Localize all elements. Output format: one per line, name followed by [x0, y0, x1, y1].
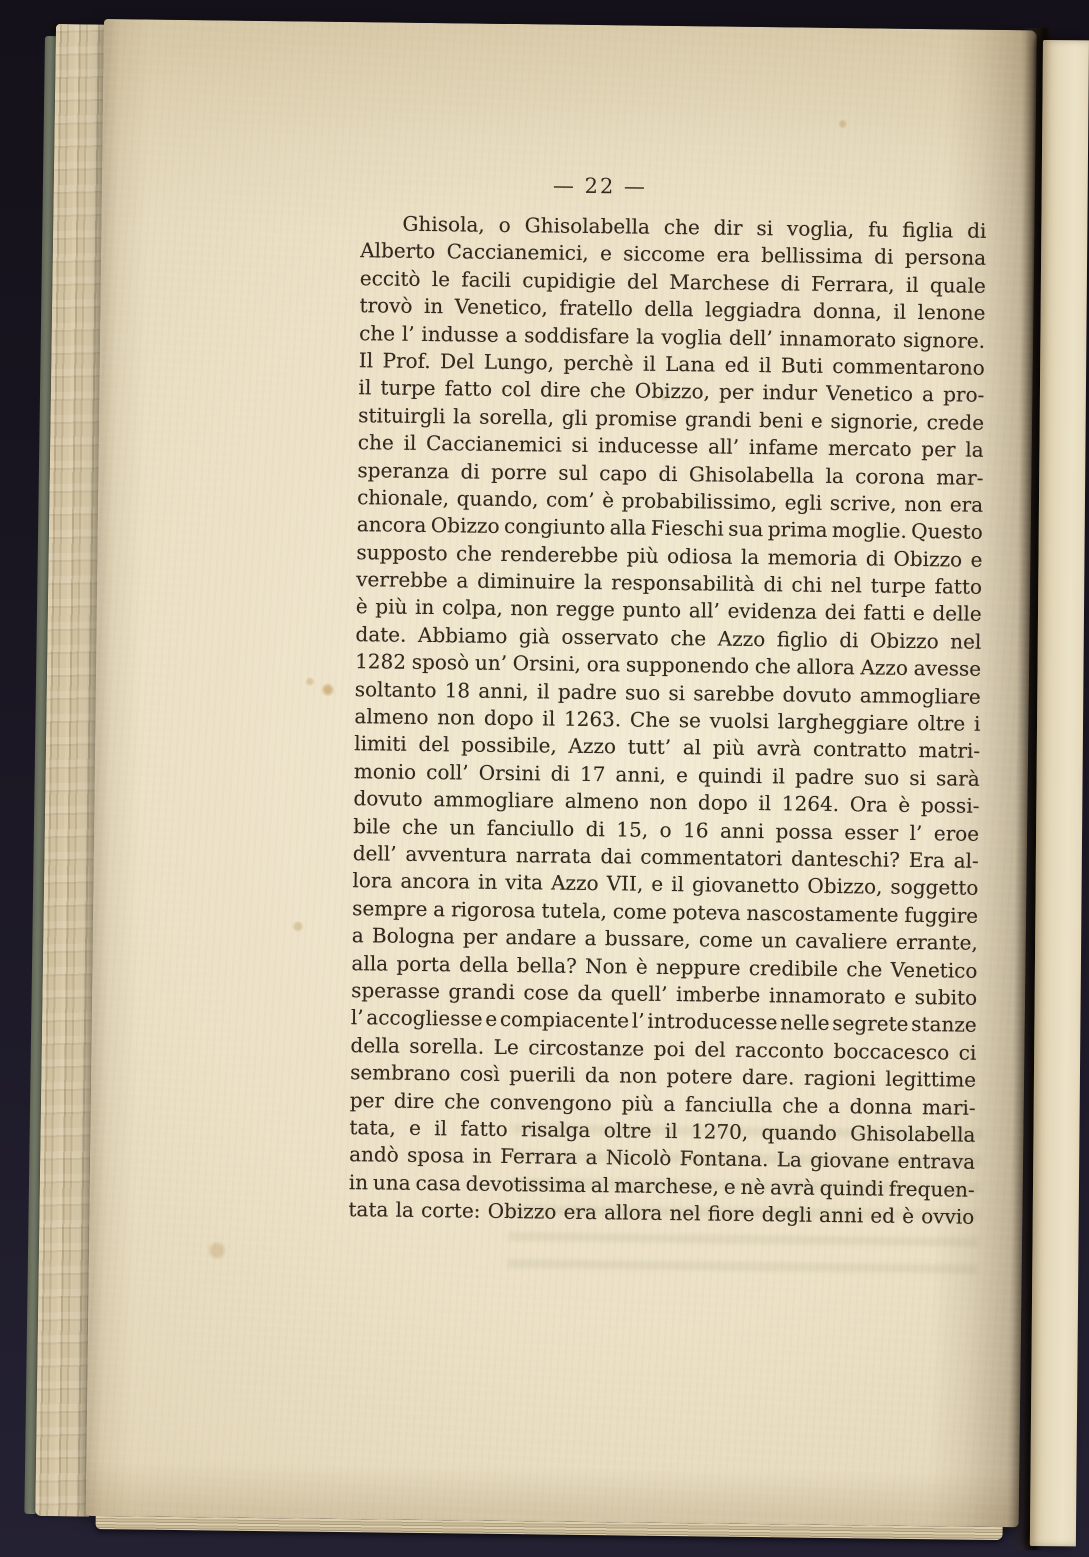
page-stack-bottom-edge	[96, 1516, 1003, 1540]
page-number: — 22 —	[287, 171, 913, 203]
book-page: — 22 — Ghisola,oGhisolabellachedirsivogl…	[86, 19, 1037, 1527]
body-text: Ghisola,oGhisolabellachedirsivoglia,fufi…	[348, 211, 986, 1232]
scanned-book-photo: { "document": { "page_number": "22", "pa…	[0, 0, 1089, 1557]
